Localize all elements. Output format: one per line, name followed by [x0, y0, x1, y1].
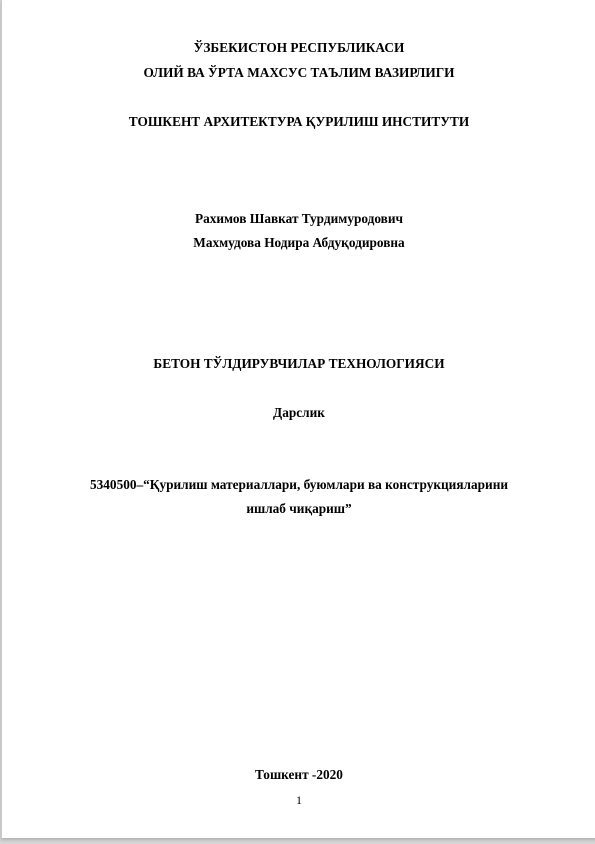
- author-name: Рахимов Шавкат Турдимуродович: [2, 211, 595, 227]
- ministry-heading: ОЛИЙ ВА ЎРТА МАХСУС ТАЪЛИМ ВАЗИРЛИГИ: [2, 65, 595, 81]
- document-page: ЎЗБЕКИСТОН РЕСПУБЛИКАСИ ОЛИЙ ВА ЎРТА МАХ…: [1, 0, 595, 838]
- place-year: Тошкент -2020: [2, 767, 595, 783]
- specialty-line-2: ишлаб чиқариш”: [2, 501, 595, 517]
- institute-heading: ТОШКЕНТ АРХИТЕКТУРА ҚУРИЛИШ ИНСТИТУТИ: [2, 114, 595, 130]
- book-title: БЕТОН ТЎЛДИРУВЧИЛАР ТЕХНОЛОГИЯСИ: [2, 356, 595, 372]
- country-heading: ЎЗБЕКИСТОН РЕСПУБЛИКАСИ: [2, 40, 595, 56]
- specialty-line-1: 5340500–“Қурилиш материаллари, буюмлари …: [2, 477, 595, 493]
- document-type: Дарслик: [2, 405, 595, 421]
- page-number: 1: [2, 793, 595, 808]
- author-name: Махмудова Нодира Абдуқодировна: [2, 235, 595, 251]
